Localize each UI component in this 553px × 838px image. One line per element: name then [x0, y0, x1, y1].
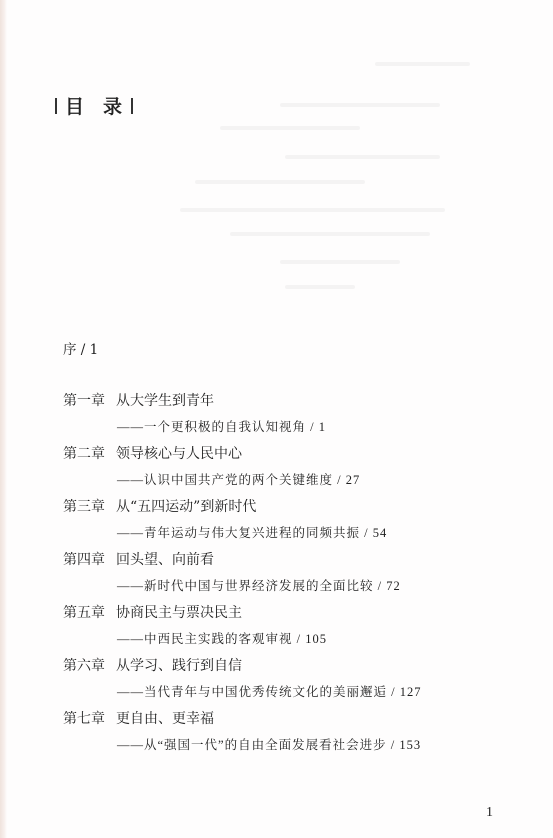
bleed-through: [375, 62, 470, 66]
chapter-subtitle: ——当代青年与中国优秀传统文化的美丽邂逅: [117, 685, 387, 699]
chapter-number: 第六章: [63, 655, 116, 675]
chapter-title: 回头望、向前看: [116, 552, 214, 568]
bleed-through: [230, 232, 430, 236]
bleed-through: [280, 260, 400, 264]
toc-chapter[interactable]: 第七章更自由、更幸福 ——从“强国一代”的自由全面发展看社会进步 / 153: [63, 708, 533, 761]
toc-preface[interactable]: 序 / 1: [63, 338, 98, 358]
page-edge-shadow: [0, 0, 7, 838]
chapter-subtitle: ——新时代中国与世界经济发展的全面比较: [117, 579, 374, 593]
chapter-subtitle: ——认识中国共产党的两个关键维度: [117, 473, 333, 487]
chapter-page: 27: [346, 473, 361, 487]
chapter-title: 协商民主与票决民主: [116, 605, 242, 621]
chapter-page: 153: [399, 738, 421, 752]
preface-label: 序: [63, 342, 77, 358]
chapter-page: 54: [373, 526, 388, 540]
preface-page: 1: [90, 342, 99, 358]
bleed-through: [195, 180, 365, 184]
chapter-page: 1: [319, 420, 326, 434]
chapter-title: 从学习、践行到自信: [116, 658, 242, 674]
chapter-number: 第四章: [63, 549, 116, 569]
chapter-page: 105: [305, 632, 327, 646]
title-char-2: 录: [103, 92, 123, 119]
chapter-number: 第二章: [63, 443, 116, 463]
toc-chapter[interactable]: 第五章协商民主与票决民主 ——中西民主实践的客观审视 / 105: [63, 602, 533, 655]
chapter-number: 第七章: [63, 708, 116, 728]
chapter-title: 从“五四运动”到新时代: [116, 499, 256, 515]
chapter-subtitle: ——从“强国一代”的自由全面发展看社会进步: [117, 738, 387, 752]
chapter-page: 72: [386, 579, 401, 593]
bleed-through: [285, 155, 440, 159]
chapter-subtitle: ——一个更积极的自我认知视角: [117, 420, 306, 434]
bleed-through: [180, 208, 445, 212]
toc-chapter[interactable]: 第一章从大学生到青年 ——一个更积极的自我认知视角 / 1: [63, 390, 533, 443]
bleed-through: [220, 126, 360, 130]
toc-chapter[interactable]: 第三章从“五四运动”到新时代 ——青年运动与伟大复兴进程的同频共振 / 54: [63, 496, 533, 549]
chapter-number: 第三章: [63, 496, 116, 516]
toc-chapter[interactable]: 第六章从学习、践行到自信 ——当代青年与中国优秀传统文化的美丽邂逅 / 127: [63, 655, 533, 708]
chapter-title: 更自由、更幸福: [116, 711, 214, 727]
title-bar-left: [55, 98, 57, 114]
chapter-subtitle: ——青年运动与伟大复兴进程的同频共振: [117, 526, 360, 540]
chapter-number: 第五章: [63, 602, 116, 622]
chapter-page: 127: [400, 685, 422, 699]
bleed-through: [280, 103, 440, 107]
toc-chapter[interactable]: 第四章回头望、向前看 ——新时代中国与世界经济发展的全面比较 / 72: [63, 549, 533, 602]
title-bar-right: [131, 98, 133, 114]
toc-list: 第一章从大学生到青年 ——一个更积极的自我认知视角 / 1 第二章领导核心与人民…: [63, 390, 533, 761]
toc-title: 目 录: [47, 92, 141, 119]
toc-chapter[interactable]: 第二章领导核心与人民中心 ——认识中国共产党的两个关键维度 / 27: [63, 443, 533, 496]
chapter-title: 从大学生到青年: [116, 393, 214, 409]
title-char-1: 目: [65, 92, 85, 119]
chapter-number: 第一章: [63, 390, 116, 410]
chapter-subtitle: ——中西民主实践的客观审视: [117, 632, 293, 646]
page-number: 1: [486, 805, 493, 821]
chapter-title: 领导核心与人民中心: [116, 446, 242, 462]
bleed-through: [285, 285, 355, 289]
